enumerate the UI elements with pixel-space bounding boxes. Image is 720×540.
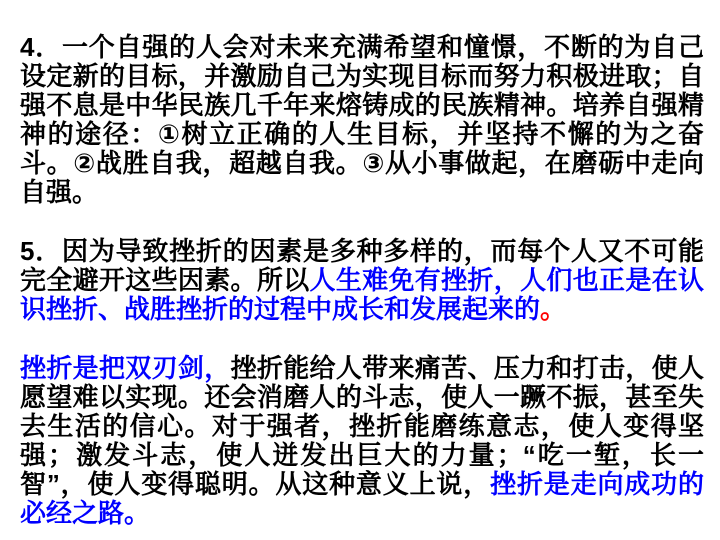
text-segment-black: 4．一个自强的人会对未来充满希望和憧憬，不断的为自己设定新的目标，并激励自己为实…: [20, 32, 704, 207]
text-segment-blue-lead: 挫折是把双刃剑，: [20, 353, 231, 383]
slide-canvas: 4．一个自强的人会对未来充满希望和憧憬，不断的为自己设定新的目标，并激励自己为实…: [0, 0, 720, 540]
paragraph-double-edged-sword: 挫折是把双刃剑，挫折能给人带来痛苦、压力和打击，使人愿望难以实现。还会消磨人的斗…: [20, 354, 704, 528]
paragraph-point-5: 5．因为导致挫折的因素是多种多样的，而每个人又不可能完全避开这些因素。所以人生难…: [20, 237, 704, 324]
paragraph-point-4: 4．一个自强的人会对未来充满希望和憧憬，不断的为自己设定新的目标，并激励自己为实…: [20, 33, 704, 207]
text-segment-red-period: 。: [540, 294, 566, 324]
